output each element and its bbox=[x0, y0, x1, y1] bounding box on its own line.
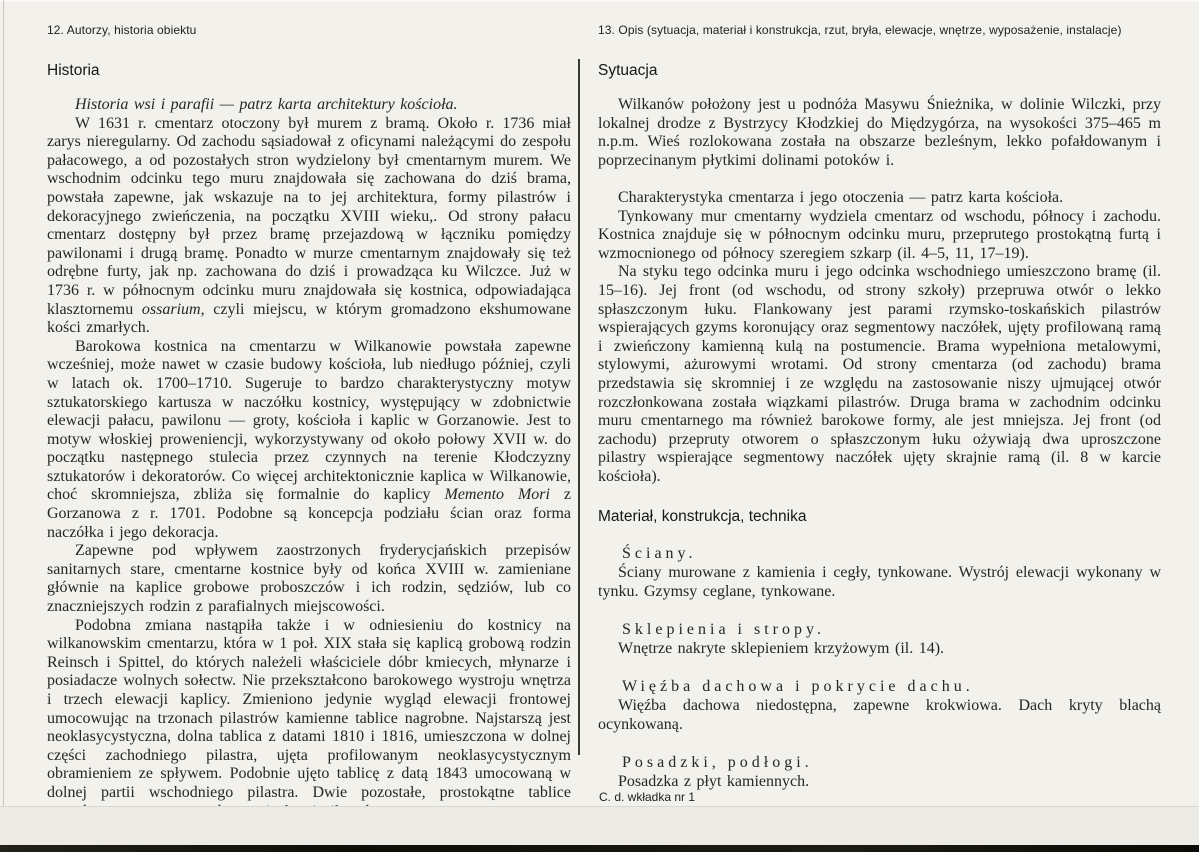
page-left-edge-line bbox=[3, 0, 4, 806]
text-run: Barokowa kostnica na cmentarzu w Wilkano… bbox=[47, 338, 571, 504]
paragraph: Historia wsi i parafii — patrz karta arc… bbox=[47, 96, 571, 115]
text-run: Wilkanów położony jest u podnóża Masywu … bbox=[598, 96, 1161, 169]
section-body: Wnętrze nakryte sklepieniem krzyżowym (i… bbox=[598, 640, 1161, 659]
material-heading: Materiał, konstrukcja, technika bbox=[598, 508, 1161, 525]
paragraph: Na styku tego odcinka muru i jego odcink… bbox=[598, 263, 1161, 486]
text-run: Podobna zmiana nastąpiła także i w odnie… bbox=[47, 617, 571, 820]
page-bottom-margin bbox=[0, 807, 1199, 845]
paragraph: W 1631 r. cmentarz otoczony był murem z … bbox=[47, 115, 571, 338]
scan-dark-edge bbox=[0, 845, 1199, 852]
paragraph: Podobna zmiana nastąpiła także i w odnie… bbox=[47, 617, 571, 822]
section-title: Więźba dachowa i pokrycie dachu. bbox=[598, 678, 1161, 697]
left-column: 12. Autorzy, historia obiektu Historia H… bbox=[47, 24, 571, 821]
situation-heading: Sytuacja bbox=[598, 62, 1161, 79]
text-run: Tynkowany mur cmentarny wydziela cmentar… bbox=[598, 208, 1161, 262]
material-sections: Ściany.Ściany murowane z kamienia i cegł… bbox=[598, 545, 1161, 791]
paragraph: Wilkanów położony jest u podnóża Masywu … bbox=[598, 96, 1161, 170]
material-section: Więźba dachowa i pokrycie dachu.Więźba d… bbox=[598, 678, 1161, 734]
text-run: Charakterystyka cmentarza i jego otoczen… bbox=[618, 189, 1063, 206]
situation-text: Wilkanów położony jest u podnóża Masywu … bbox=[598, 96, 1161, 486]
text-run: Zapewne pod wpływem zaostrzonych frydery… bbox=[47, 542, 571, 615]
text-run: W 1631 r. cmentarz otoczony był murem z … bbox=[47, 115, 571, 318]
section-13-header: 13. Opis (sytuacja, materiał i konstrukc… bbox=[598, 24, 1161, 37]
paragraph: Charakterystyka cmentarza i jego otoczen… bbox=[598, 189, 1161, 208]
paragraph: Tynkowany mur cmentarny wydziela cmentar… bbox=[598, 208, 1161, 264]
material-section: Posadzki, podłogi.Posadzka z płyt kamien… bbox=[598, 754, 1161, 791]
material-section: Sklepienia i stropy.Wnętrze nakryte skle… bbox=[598, 621, 1161, 658]
material-section: Ściany.Ściany murowane z kamienia i cegł… bbox=[598, 545, 1161, 601]
section-body: Więźba dachowa niedostępna, zapewne krok… bbox=[598, 697, 1161, 734]
section-12-header: 12. Autorzy, historia obiektu bbox=[47, 24, 571, 37]
italic-text: Memento Mori bbox=[444, 486, 549, 503]
paragraph: Barokowa kostnica na cmentarzu w Wilkano… bbox=[47, 338, 571, 543]
section-title: Ściany. bbox=[598, 545, 1161, 564]
section-body: Ściany murowane z kamienia i cegły, tynk… bbox=[598, 564, 1161, 601]
text-run: Na styku tego odcinka muru i jego odcink… bbox=[598, 263, 1161, 485]
italic-text: Historia wsi i parafii — patrz karta arc… bbox=[75, 96, 458, 113]
column-divider-rule bbox=[578, 59, 580, 755]
section-body: Posadzka z płyt kamiennych. bbox=[598, 773, 1161, 792]
scanned-document-page: 12. Autorzy, historia obiektu Historia H… bbox=[0, 0, 1199, 852]
footer-note: C. d. wkładka nr 1 bbox=[599, 790, 695, 804]
italic-text: ossarium bbox=[142, 301, 201, 318]
right-column: 13. Opis (sytuacja, materiał i konstrukc… bbox=[598, 24, 1161, 791]
paragraph: Zapewne pod wpływem zaostrzonych frydery… bbox=[47, 542, 571, 616]
section-title: Sklepienia i stropy. bbox=[598, 621, 1161, 640]
history-heading: Historia bbox=[47, 62, 571, 79]
history-text: Historia wsi i parafii — patrz karta arc… bbox=[47, 96, 571, 821]
section-title: Posadzki, podłogi. bbox=[598, 754, 1161, 773]
page-top-edge bbox=[0, 0, 1199, 2]
